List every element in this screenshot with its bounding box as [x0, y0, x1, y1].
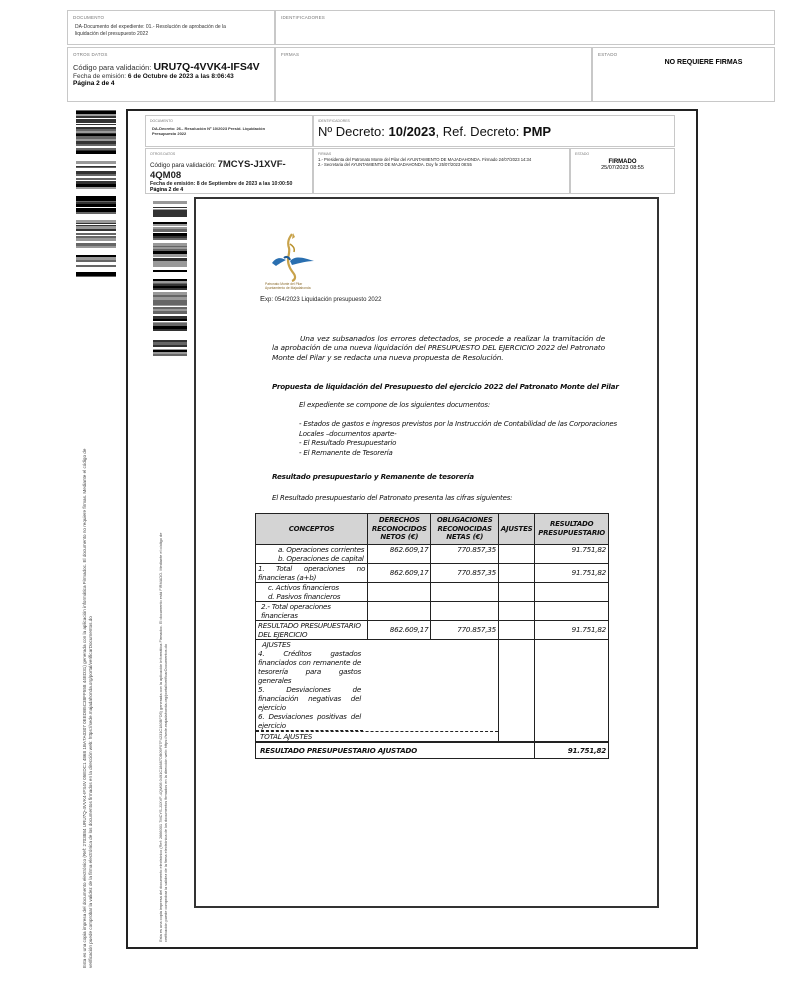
- row-a-concept: a. Operaciones corrientes: [256, 544, 368, 554]
- row-t1-derechos: 862.609,17: [368, 563, 431, 582]
- ajustes-value-cell: [498, 639, 534, 742]
- row-t2-derechos: [368, 601, 431, 620]
- outer-barcode: [76, 107, 116, 277]
- row-cd-obligaciones: [431, 582, 498, 601]
- outer-identificadores-box: IDENTIFICADORES: [275, 10, 775, 45]
- outer-fecha-prefix: Fecha de emisión:: [73, 73, 128, 80]
- final-label: RESULTADO PRESUPUESTARIO AJUSTADO: [256, 742, 535, 759]
- row-rpe-concept: RESULTADO PRESUPUESTARIO DEL EJERCICIO: [256, 620, 368, 639]
- inner-documento-box: DOCUMENTO DA-Decreto: 26.- Resolución Nº…: [145, 115, 313, 147]
- firma-item: 2.- Secretaria del AYUNTAMIENTO DE MAJAD…: [318, 162, 565, 167]
- intro-paragraph: Una vez subsanados los errores detectado…: [272, 334, 605, 362]
- document-list-item: - Estados de gastos e ingresos previstos…: [299, 420, 619, 439]
- row-t1-obligaciones: 770.857,35: [431, 563, 498, 582]
- logo-caption-2: Ayuntamiento de Majadahonda: [265, 286, 311, 290]
- row-a-derechos: 862.609,17: [368, 544, 431, 563]
- resultado-presupuestario-table: CONCEPTOS DERECHOS RECONOCIDOS NETOS (€)…: [255, 513, 609, 759]
- total-ajustes-label: TOTAL AJUSTES: [256, 731, 498, 741]
- ajustes-resultado-cell: [535, 639, 609, 742]
- inner-otros-datos-box: OTROS DATOS Código para validación: 7MCY…: [145, 148, 313, 194]
- decreto-prefix: Nº Decreto:: [318, 124, 389, 139]
- ajuste-6: 6. Desviaciones positivas del ejercicio: [258, 712, 361, 730]
- inner-documento-label: DOCUMENTO: [150, 119, 308, 123]
- row-rpe-resultado: 91.751,82: [535, 620, 609, 639]
- ajuste-4: 4. Créditos gastados financiados con rem…: [258, 649, 361, 685]
- propuesta-heading: Propuesta de liquidación del Presupuesto…: [272, 382, 619, 391]
- expediente-ref: Exp: 054/2023 Liquidación presupuesto 20…: [260, 294, 381, 303]
- ajustes-title: AJUSTES: [258, 640, 361, 649]
- inner-firmas-box: FIRMAS 1.- Presidenta del Patronato Mont…: [313, 148, 570, 194]
- table-row: c. Activos financieros d. Pasivos financ…: [256, 582, 609, 601]
- outer-otros-datos-box: OTROS DATOS Código para validación: URU7…: [67, 47, 275, 102]
- decreto-number: 10/2023: [389, 124, 436, 139]
- ref-value: PMP: [523, 124, 551, 139]
- row-a-obligaciones: 770.857,35: [431, 544, 498, 563]
- resultado-paragraph: El Resultado presupuestario del Patronat…: [272, 494, 512, 502]
- row-t2-obligaciones: [431, 601, 498, 620]
- row-rpe-obligaciones: 770.857,35: [431, 620, 498, 639]
- outer-verification-line2: verificación puede comprobar la validez …: [88, 449, 94, 968]
- table-row: a. Operaciones corrientes 862.609,17 770…: [256, 544, 609, 554]
- outer-pagina: Página 2 de 4: [73, 80, 269, 87]
- row-t2-ajustes: [498, 601, 534, 620]
- exp-text: xp: 054/2023 Liquidación presupuesto 202…: [265, 297, 381, 303]
- row-a-resultado: 91.751,82: [535, 544, 609, 563]
- outer-estado-box: ESTADO NO REQUIERE FIRMAS: [592, 47, 775, 102]
- documents-list: - Estados de gastos e ingresos previstos…: [299, 420, 619, 458]
- outer-estado-label: ESTADO: [598, 52, 769, 57]
- outer-codigo-prefix: Código para validación:: [73, 63, 153, 72]
- header-ajustes: AJUSTES: [498, 514, 534, 545]
- inner-estado-fecha: 25/07/2023 08:55: [601, 165, 644, 171]
- document-list-item: - El Resultado Presupuestario: [299, 439, 619, 449]
- ref-prefix: , Ref. Decreto:: [436, 124, 523, 139]
- patronato-logo: Patronato Monte del Pilar Ayuntamiento d…: [262, 228, 324, 290]
- patronato-logo-icon: Patronato Monte del Pilar Ayuntamiento d…: [262, 228, 324, 290]
- table-row: 2.- Total operaciones financieras: [256, 601, 609, 620]
- row-t1-concept: 1. Total operaciones no financieras (a+b…: [256, 563, 368, 582]
- outer-identificadores-label: IDENTIFICADORES: [281, 15, 769, 20]
- final-value: 91.751,82: [535, 742, 609, 759]
- outer-codigo-value: URU7Q-4VVK4-IFS4V: [153, 61, 259, 73]
- row-d-concept: d. Pasivos financieros: [268, 592, 365, 601]
- row-cd-derechos: [368, 582, 431, 601]
- row-a-ajustes: [498, 544, 534, 563]
- header-resultado: RESULTADO PRESUPUESTARIO: [535, 514, 609, 545]
- inner-firmas-label: FIRMAS: [318, 152, 565, 156]
- inner-pagina: Página 2 de 4: [150, 187, 308, 193]
- row-rpe-derechos: 862.609,17: [368, 620, 431, 639]
- table-row: RESULTADO PRESUPUESTARIO DEL EJERCICIO 8…: [256, 620, 609, 639]
- outer-documento-label: DOCUMENTO: [73, 15, 269, 20]
- outer-firmas-label: FIRMAS: [281, 52, 586, 57]
- outer-firmas-box: FIRMAS: [275, 47, 592, 102]
- row-t2-concept: 2.- Total operaciones financieras: [256, 601, 368, 620]
- row-cd-ajustes: [498, 582, 534, 601]
- outer-documento-box: DOCUMENTO DA-Documento del expediente: 0…: [67, 10, 275, 45]
- document-list-item: - El Remanente de Tesorería: [299, 449, 619, 459]
- ajuste-5: 5. Desviaciones de financiación negativa…: [258, 685, 361, 712]
- row-cd-resultado: [535, 582, 609, 601]
- table-row: 1. Total operaciones no financieras (a+b…: [256, 563, 609, 582]
- outer-fecha-value: 6 de Octubre de 2023 a las 8:06:43: [128, 73, 234, 80]
- outer-estado-value: NO REQUIERE FIRMAS: [598, 59, 769, 66]
- inner-decreto-identifier: Nº Decreto: 10/2023, Ref. Decreto: PMP: [318, 124, 670, 139]
- header-derechos: DERECHOS RECONOCIDOS NETOS (€): [368, 514, 431, 545]
- inner-estado-label: ESTADO: [575, 152, 670, 156]
- row-b-concept: b. Operaciones de capital: [256, 554, 368, 564]
- table-row-final: RESULTADO PRESUPUESTARIO AJUSTADO 91.751…: [256, 742, 609, 759]
- row-rpe-ajustes: [498, 620, 534, 639]
- row-t1-ajustes: [498, 563, 534, 582]
- outer-otros-datos-label: OTROS DATOS: [73, 52, 269, 57]
- inner-barcode: [153, 198, 187, 356]
- inner-documento-text: DA-Decreto: 26.- Resolución Nº 10/2023 P…: [152, 126, 272, 136]
- inner-codigo-prefix: Código para validación:: [150, 162, 218, 169]
- outer-verification-line1: Esta es una copia impresa del documento …: [82, 449, 88, 968]
- outer-fecha-emision: Fecha de emisión: 6 de Octubre de 2023 a…: [73, 73, 269, 80]
- row-t1-resultado: 91.751,82: [535, 563, 609, 582]
- inner-identificadores-box: IDENTIFICADORES Nº Decreto: 10/2023, Ref…: [313, 115, 675, 147]
- outer-verification-text: Esta es una copia impresa del documento …: [82, 449, 93, 968]
- row-cd-concept: c. Activos financieros d. Pasivos financ…: [256, 582, 368, 601]
- expediente-paragraph: El expediente se compone de los siguient…: [299, 401, 490, 409]
- inner-codigo-validacion: Código para validación: 7MCYS-J1XVF-4QM0…: [150, 159, 308, 181]
- inner-identificadores-label: IDENTIFICADORES: [318, 119, 670, 123]
- outer-documento-text: DA-Documento del expediente: 01.- Resolu…: [75, 24, 245, 38]
- resultado-heading: Resultado presupuestario y Remanente de …: [272, 472, 474, 481]
- inner-estado-box: ESTADO FIRMADO 25/07/2023 08:55: [570, 148, 675, 194]
- inner-verification-line2: verificación puede comprobar la validez …: [164, 533, 169, 942]
- header-obligaciones: OBLIGACIONES RECONOCIDAS NETAS (€): [431, 514, 498, 545]
- table-header-row: CONCEPTOS DERECHOS RECONOCIDOS NETOS (€)…: [256, 514, 609, 545]
- table-row-ajustes: AJUSTES 4. Créditos gastados financiados…: [256, 639, 609, 742]
- header-conceptos: CONCEPTOS: [256, 514, 368, 545]
- row-c-concept: c. Activos financieros: [268, 583, 365, 592]
- inner-verification-text: Esta es una copia impresa del documento …: [159, 533, 169, 942]
- inner-otros-datos-label: OTROS DATOS: [150, 152, 308, 156]
- outer-codigo-validacion: Código para validación: URU7Q-4VVK4-IFS4…: [73, 61, 269, 73]
- row-t2-resultado: [535, 601, 609, 620]
- ajustes-block: AJUSTES 4. Créditos gastados financiados…: [256, 639, 499, 742]
